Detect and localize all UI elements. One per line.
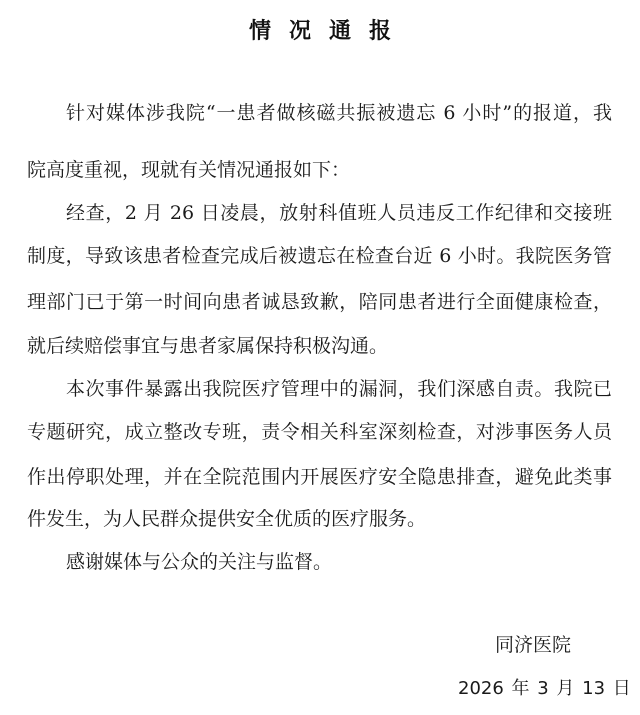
paragraph-line: 经查，2 月 26 日凌晨，放射科值班人员违反工作纪律和交接班 <box>66 201 612 225</box>
paragraph-line: 制度，导致该患者检查完成后被遗忘在检查台近 6 小时。我院医务管 <box>27 244 612 268</box>
paragraph-line: 针对媒体涉我院“一患者做核磁共振被遗忘 6 小时”的报道，我 <box>66 101 612 125</box>
paragraph-line: 作出停职处理，并在全院范围内开展医疗安全隐患排查，避免此类事 <box>27 465 612 489</box>
paragraph-line: 件发生，为人民群众提供安全优质的医疗服务。 <box>27 507 612 531</box>
paragraph-line: 本次事件暴露出我院医疗管理中的漏洞，我们深感自责。我院已 <box>66 377 612 401</box>
paragraph-line: 就后续赔偿事宜与患者家属保持积极沟通。 <box>27 334 612 358</box>
paragraph-line: 感谢媒体与公众的关注与监督。 <box>66 550 612 574</box>
signature-organization: 同济医院 <box>495 633 571 657</box>
paragraph-line: 院高度重视，现就有关情况通报如下： <box>27 158 612 182</box>
paragraph-line: 理部门已于第一时间向患者诚恳致歉，陪同患者进行全面健康检查， <box>27 290 612 314</box>
document-title: 情况通报 <box>0 14 640 45</box>
signature-date: 2026 年 3 月 13 日 <box>458 677 631 701</box>
paragraph-line: 专题研究，成立整改专班，责令相关科室深刻检查，对涉事医务人员 <box>27 420 612 444</box>
